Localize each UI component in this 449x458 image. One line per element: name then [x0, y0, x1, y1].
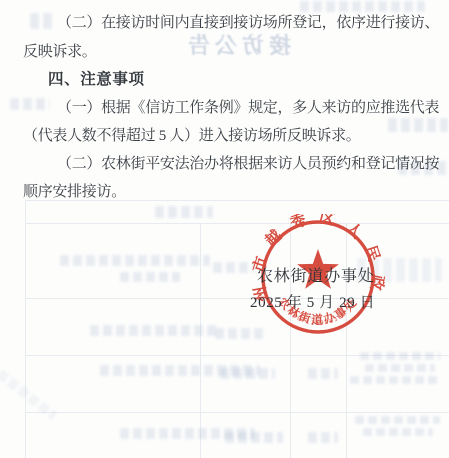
section-heading: 四、注意事项: [48, 67, 145, 89]
bleedthrough-text-smudge: [155, 206, 213, 218]
paragraph-line: 反映诉求。: [23, 40, 97, 61]
bleedthrough-text-smudge: [225, 432, 283, 443]
bleedthrough-text-smudge: [360, 352, 440, 360]
bleedthrough-text-smudge: [308, 432, 338, 443]
bleedthrough-text-smudge: [213, 262, 255, 273]
table-border: [25, 200, 26, 458]
bleedthrough-text-smudge: [365, 364, 435, 372]
paragraph-line: （二）农林街平安法治办将根据来访人员预约和登记情况按: [57, 152, 439, 173]
bleedthrough-text-smudge: [90, 325, 220, 336]
paragraph-line: 顺序安排接访。: [23, 180, 126, 201]
bleedthrough-text-smudge: [60, 255, 210, 266]
bleedthrough-text-smudge: [363, 428, 433, 436]
paragraph-line: （代表人数不得超过 5 人）进入接访场所反映诉求。: [23, 124, 361, 145]
paragraph-line: （二）在接访时间内直接到接访场所登记，依序进行接访、: [57, 11, 439, 32]
bleedthrough-text-smudge: [10, 98, 50, 110]
document-page: 接访公告 （二）在接访时间内直接到接访场所登记，依序进行接访、 反映诉求。 四、…: [0, 0, 449, 458]
bleedthrough-text-smudge: [120, 272, 180, 282]
bleedthrough-text-smudge: [30, 13, 54, 29]
bleedthrough-text-smudge: [308, 368, 338, 379]
table-border: [25, 412, 449, 413]
paragraph-line: （一）根据《信访工作条例》规定，多人来访的应推选代表: [57, 96, 439, 117]
bleedthrough-title: 接访公告: [183, 29, 291, 60]
bleedthrough-text-smudge: [350, 376, 440, 384]
bleedthrough-text-smudge: [388, 118, 448, 132]
bleedthrough-text-smudge: [220, 368, 275, 379]
signature-org: 农林街道办事处: [257, 263, 375, 286]
signature-date: 2025 年 5 月 29 日: [250, 291, 375, 312]
bleedthrough-text-smudge: [355, 416, 440, 424]
